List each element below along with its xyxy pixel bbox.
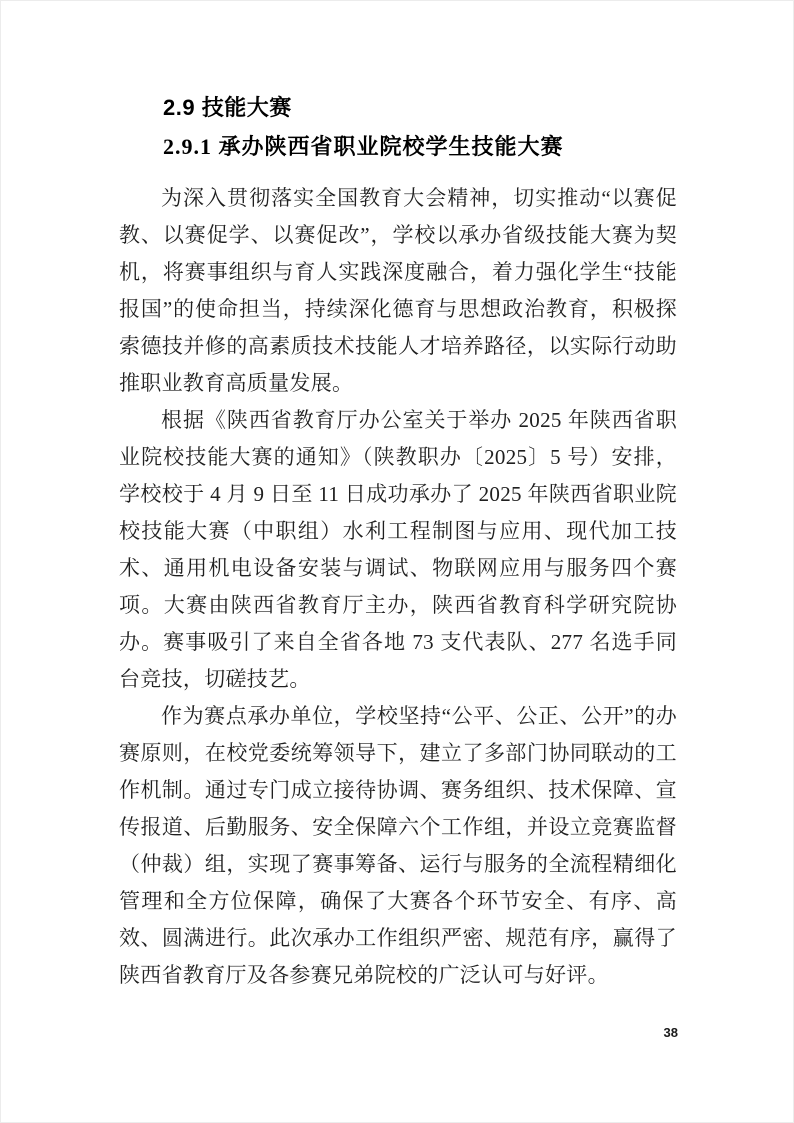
page-number: 38 bbox=[1, 1025, 678, 1040]
paragraph-3: 作为赛点承办单位，学校坚持“公平、公正、公开”的办赛原则，在校党委统筹领导下，建… bbox=[119, 698, 677, 994]
paragraph-1: 为深入贯彻落实全国教育大会精神，切实推动“以赛促教、以赛促学、以赛促改”，学校以… bbox=[119, 180, 677, 402]
paragraph-2: 根据《陕西省教育厅办公室关于举办 2025 年陕西省职业院校技能大赛的通知》（陕… bbox=[119, 402, 677, 698]
body-text-block: 为深入贯彻落实全国教育大会精神，切实推动“以赛促教、以赛促学、以赛促改”，学校以… bbox=[119, 180, 677, 994]
section-heading: 2.9 技能大赛 bbox=[119, 93, 677, 123]
subsection-heading: 2.9.1 承办陕西省职业院校学生技能大赛 bbox=[119, 131, 677, 163]
document-page: 2.9 技能大赛 2.9.1 承办陕西省职业院校学生技能大赛 为深入贯彻落实全国… bbox=[0, 0, 794, 1123]
page-content: 2.9 技能大赛 2.9.1 承办陕西省职业院校学生技能大赛 为深入贯彻落实全国… bbox=[119, 93, 677, 994]
